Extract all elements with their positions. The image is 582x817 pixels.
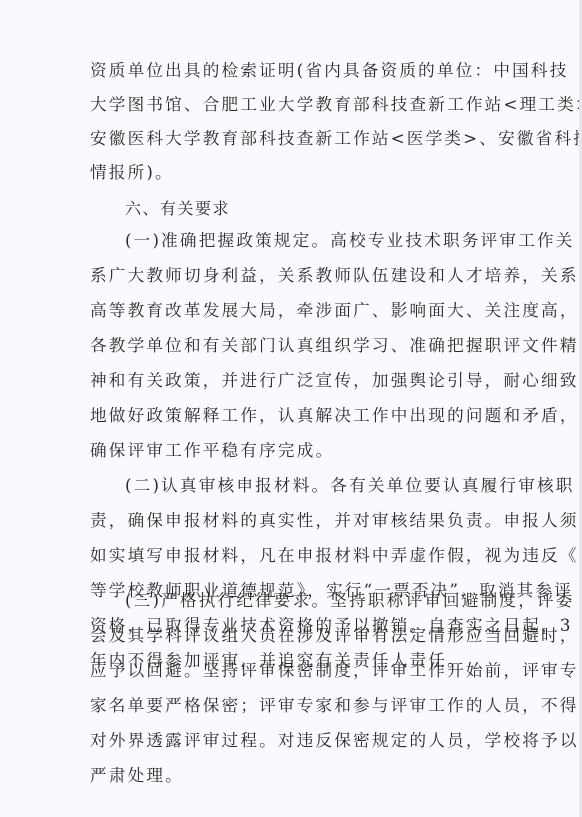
text-line: 如实填写申报材料，凡在申报材料中弄虚作假，视为违反《高 bbox=[90, 546, 582, 566]
text-line: 资质单位出具的检索证明(省内具备资质的单位：中国科技 bbox=[90, 61, 569, 81]
text-line: 严肃处理。 bbox=[90, 766, 184, 786]
text-line: 系广大教师切身利益，关系教师队伍建设和人才培养，关系 bbox=[90, 266, 579, 286]
text-line: 家名单要严格保密；评审专家和参与评审工作的人员，不得 bbox=[90, 696, 579, 716]
text-line: 安徽医科大学教育部科技查新工作站<医学类>、安徽省科技 bbox=[90, 129, 582, 149]
text-line: 确保评审工作平稳有序完成。 bbox=[90, 441, 334, 461]
text-line: 会及其学科评议组人员在涉及评审有法定情形应当回避时， bbox=[90, 626, 579, 646]
text-line: (一)准确把握政策规定。高校专业技术职务评审工作关 bbox=[125, 231, 575, 251]
text-line: (二)认真审核申报材料。各有关单位要认真履行审核职 bbox=[125, 476, 575, 496]
text-line: 大学图书馆、合肥工业大学教育部科技查新工作站<理工类>、 bbox=[90, 95, 582, 115]
text-line: 地做好政策解释工作，认真解决工作中出现的问题和矛盾， bbox=[90, 406, 579, 426]
text-line: 神和有关政策，并进行广泛宣传，加强舆论引导，耐心细致 bbox=[90, 371, 579, 391]
text-line: 责，确保申报材料的真实性，并对审核结果负责。申报人须 bbox=[90, 511, 579, 531]
document-page: 资质单位出具的检索证明(省内具备资质的单位：中国科技 大学图书馆、合肥工业大学教… bbox=[0, 0, 582, 817]
text-line: 对外界透露评审过程。对违反保密规定的人员，学校将予以 bbox=[90, 731, 579, 751]
section-heading: 六、有关要求 bbox=[125, 199, 230, 219]
text-line: (三)严格执行纪律要求。坚持职称评审回避制度，评委 bbox=[125, 591, 575, 611]
text-line: 高等教育改革发展大局，牵涉面广、影响面大、关注度高， bbox=[90, 301, 579, 321]
text-line: 情报所)。 bbox=[90, 163, 174, 183]
text-line: 各教学单位和有关部门认真组织学习、准确把握职评文件精 bbox=[90, 336, 579, 356]
text-line: 应予以回避。坚持评审保密制度，评审工作开始前，评审专 bbox=[90, 661, 579, 681]
